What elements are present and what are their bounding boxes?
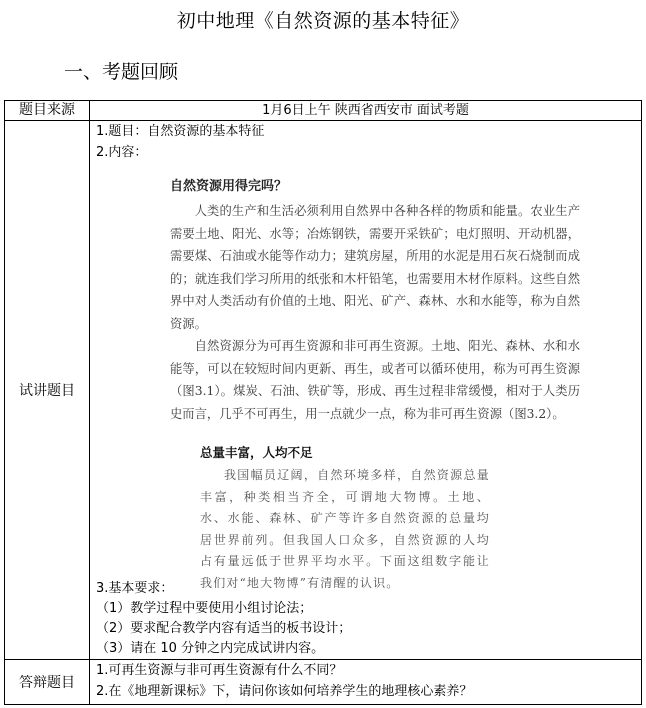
requirement-item: （3）请在 10 分钟之内完成试讲内容。 [90,639,641,659]
textbook-paragraph: 人类的生产和生活必须利用自然界中各种各样的物质和能量。农业生产需要土地、阳光、水… [170,200,580,335]
table-row-lecture: 试讲题目 1.题目：自然资源的基本特征 2.内容： 自然资源用得完吗？ 人类的生… [5,121,642,660]
textbook-paragraph: 自然资源分为可再生资源和非可再生资源。土地、阳光、森林、水和水能等，可以在较短时… [170,335,580,425]
defense-content: 1.可再生资源与非可再生资源有什么不同？ 2.在《地理新课标》下，请问你该如何培… [90,660,642,705]
requirement-item: （2）要求配合教学内容有适当的板书设计； [90,619,641,639]
textbook-excerpt: 自然资源用得完吗？ 人类的生产和生活必须利用自然界中各种各样的物质和能量。农业生… [170,175,580,575]
table-row-source: 题目来源 1月6日上午 陕西省西安市 面试考题 [5,101,642,121]
requirement-item: （1）教学过程中要使用小组讨论法； [90,599,641,619]
lecture-label: 试讲题目 [5,121,90,660]
content-line: 2.内容： [90,142,641,163]
section-heading: 一、考题回顾 [64,57,178,84]
table-row-defense: 答辩题目 1.可再生资源与非可再生资源有什么不同？ 2.在《地理新课标》下，请问… [5,660,642,705]
source-value: 1月6日上午 陕西省西安市 面试考题 [90,101,642,121]
inset-heading: 总量丰富，人均不足 [200,443,490,461]
exam-table: 题目来源 1月6日上午 陕西省西安市 面试考题 试讲题目 1.题目：自然资源的基… [4,100,642,705]
source-label: 题目来源 [5,101,90,121]
lecture-content: 1.题目：自然资源的基本特征 2.内容： 自然资源用得完吗？ 人类的生产和生活必… [90,121,642,660]
textbook-inset: 总量丰富，人均不足 我国幅员辽阔，自然环境多样，自然资源总量丰富，种类相当齐全，… [200,443,490,594]
document-title: 初中地理《自然资源的基本特征》 [0,6,646,33]
defense-question: 2.在《地理新课标》下，请问你该如何培养学生的地理核心素养？ [90,681,641,702]
defense-label: 答辩题目 [5,660,90,705]
inset-paragraph: 我国幅员辽阔，自然环境多样，自然资源总量丰富，种类相当齐全，可谓地大物博。土地、… [200,465,490,594]
topic-line: 1.题目：自然资源的基本特征 [90,121,641,142]
textbook-heading: 自然资源用得完吗？ [170,175,580,194]
defense-question: 1.可再生资源与非可再生资源有什么不同？ [90,660,641,681]
